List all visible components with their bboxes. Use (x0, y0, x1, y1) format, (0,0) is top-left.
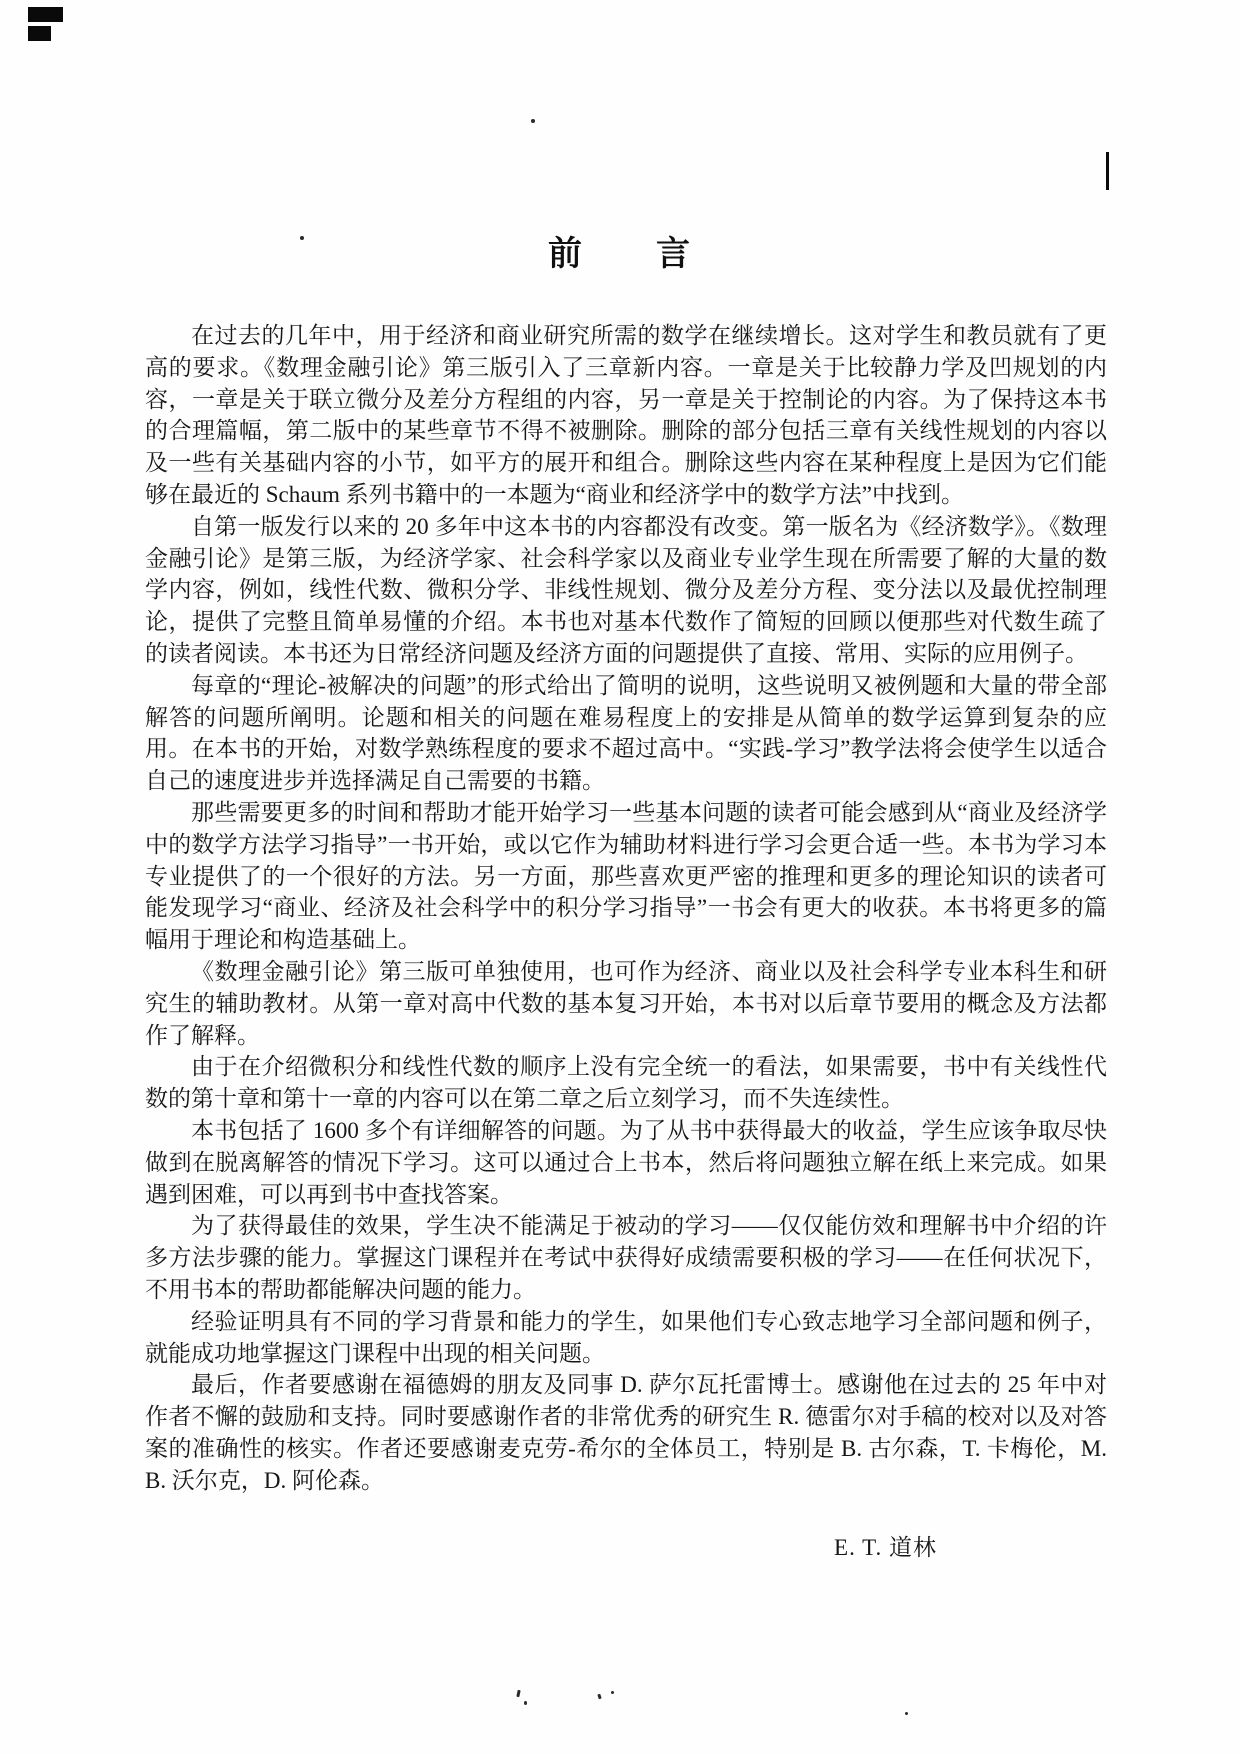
scan-speck (531, 119, 535, 123)
scan-speck (905, 1712, 908, 1715)
scan-speck (524, 1701, 527, 1705)
paragraph: 为了获得最佳的效果，学生决不能满足于被动的学习——仅仅能仿效和理解书中介绍的许多… (145, 1210, 1107, 1305)
paragraph: 那些需要更多的时间和帮助才能开始学习一些基本问题的读者可能会感到从“商业及经济学… (145, 797, 1107, 956)
paragraph: 每章的“理论-被解决的问题”的形式给出了简明的说明，这些说明又被例题和大量的带全… (145, 670, 1107, 797)
page-title: 前 言 (0, 226, 1240, 275)
paragraph: 自第一版发行以来的 20 多年中这本书的内容都没有改变。第一版名为《经济数学》。… (145, 511, 1107, 670)
paragraph: 本书包括了 1600 多个有详细解答的问题。为了从书中获得最大的收益，学生应该争… (145, 1115, 1107, 1210)
scan-speck (611, 1691, 614, 1694)
preface-body: 在过去的几年中，用于经济和商业研究所需的数学在继续增长。这对学生和教员就有了更高… (145, 320, 1107, 1564)
paragraph: 最后，作者要感谢在福德姆的朋友及同事 D. 萨尔瓦托雷博士。感谢他在过去的 25… (145, 1369, 1107, 1496)
paragraph: 经验证明具有不同的学习背景和能力的学生，如果他们专心致志地学习全部问题和例子，就… (145, 1306, 1107, 1370)
paragraph: 在过去的几年中，用于经济和商业研究所需的数学在继续增长。这对学生和教员就有了更高… (145, 320, 1107, 511)
scan-speck (516, 1690, 520, 1697)
author-signature: E. T. 道林 (145, 1532, 1107, 1564)
scan-artifact-corner-bar (28, 26, 51, 41)
scanned-book-page: 前 言 在过去的几年中，用于经济和商业研究所需的数学在继续增长。这对学生和教员就… (0, 0, 1240, 1754)
paragraph: 由于在介绍微积分和线性代数的顺序上没有完全统一的看法，如果需要，书中有关线性代数… (145, 1051, 1107, 1115)
scan-artifact-edge-line (1106, 152, 1109, 190)
paragraph: 《数理金融引论》第三版可单独使用，也可作为经济、商业以及社会科学专业本科生和研究… (145, 956, 1107, 1051)
scan-speck (597, 1694, 601, 1700)
scan-artifact-corner-bar (28, 7, 63, 22)
